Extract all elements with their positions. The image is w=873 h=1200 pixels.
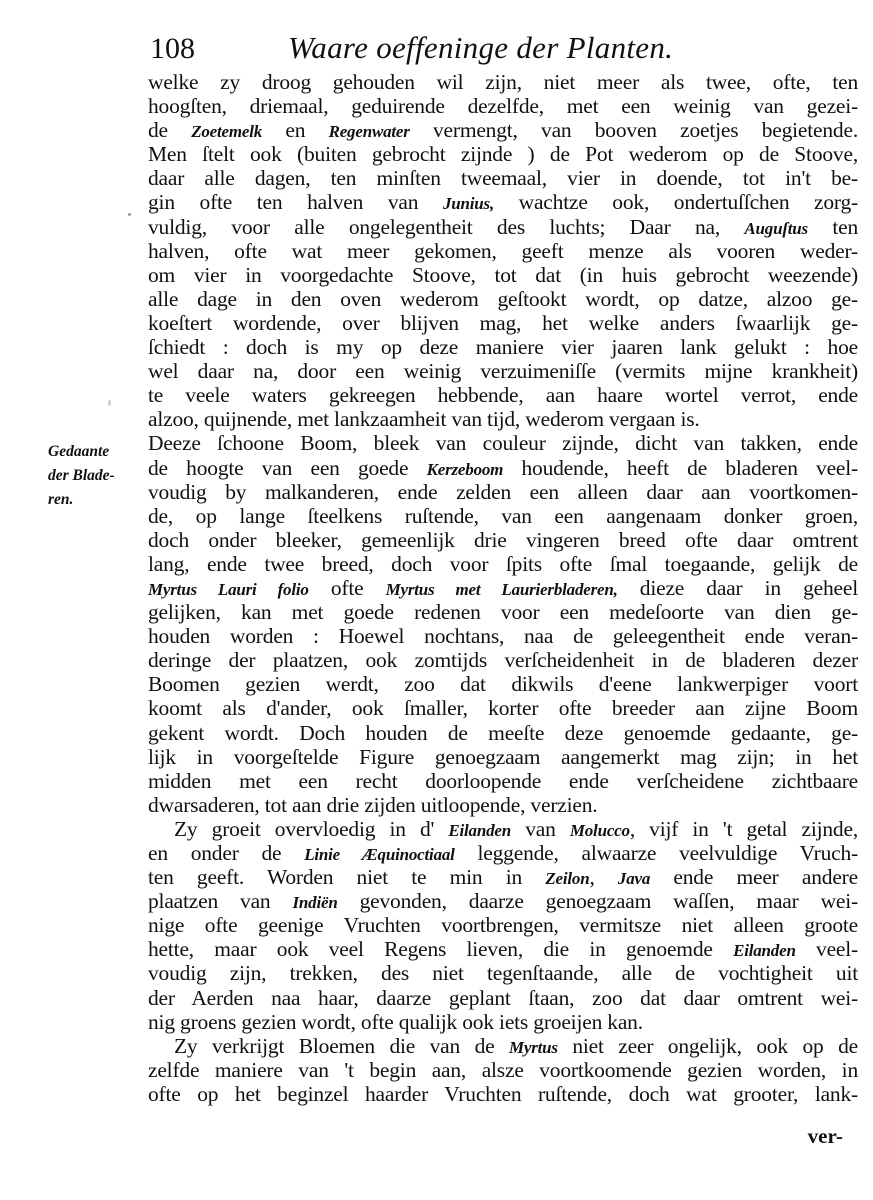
text-segment: lijk in voorgeſtelde Figure genoegzaam a… <box>148 745 858 769</box>
text-line: voudig by malkanderen, ende zelden een a… <box>148 480 858 504</box>
text-line: houden worden : Hoewel nochtans, naa de … <box>148 624 858 648</box>
page-number: 108 <box>150 32 195 66</box>
text-segment: gevonden, daarze genoegzaam waſſen, maar… <box>338 889 858 913</box>
text-segment: ofte <box>309 576 386 600</box>
text-line: hoogſten, driemaal, geduirende dezelfde,… <box>148 94 858 118</box>
text-segment: , <box>589 865 617 889</box>
text-segment: leggende, alwaarze veelvuldige Vruch- <box>455 841 858 865</box>
text-segment: wel daar na, door een weinig verzuimeniſ… <box>148 359 858 383</box>
text-segment: van <box>511 817 570 841</box>
text-segment: Zy groeit overvloedig in d' <box>174 817 448 841</box>
text-segment: voudig by malkanderen, ende zelden een a… <box>148 480 858 504</box>
text-segment: doch onder bleeker, gemeenlijk drie ving… <box>148 528 858 552</box>
italic-term: Kerzeboom <box>427 460 504 479</box>
text-segment: houdende, heeft de bladeren veel- <box>503 456 858 480</box>
text-segment: veel- <box>796 937 858 961</box>
text-segment: vermengt, van booven zoetjes begietende. <box>410 118 858 142</box>
margin-note-line: der Blade- <box>48 464 143 488</box>
text-segment: niet zeer ongelijk, ook op de <box>558 1034 858 1058</box>
text-line: koomt als d'ander, ook ſmaller, korter o… <box>148 696 858 720</box>
print-speck <box>108 400 111 406</box>
text-segment: hoogſten, driemaal, geduirende dezelfde,… <box>148 94 858 118</box>
text-segment: ten geeft. Worden niet te min in <box>148 865 545 889</box>
italic-term: Myrtus Lauri folio <box>148 580 309 599</box>
text-line: vuldig, voor alle ongelegentheit des luc… <box>148 215 858 239</box>
text-segment: voudig zijn, trekken, des niet tegenſtaa… <box>148 961 858 985</box>
text-segment: plaatzen van <box>148 889 293 913</box>
text-line: deringe der plaatzen, ook zomtijds verſc… <box>148 648 858 672</box>
text-line: te veele waters gekreegen hebbende, aan … <box>148 383 858 407</box>
text-line: lijk in voorgeſtelde Figure genoegzaam a… <box>148 745 858 769</box>
text-segment: alzoo, quijnende, met lankzaamheit van t… <box>148 407 700 431</box>
text-segment: gin ofte ten halven van <box>148 190 443 214</box>
italic-term: Molucco <box>570 821 630 840</box>
text-segment: de hoogte van een goede <box>148 456 427 480</box>
text-segment: koeſtert wordende, over blijven mag, het… <box>148 311 858 335</box>
text-line: Zy groeit overvloedig in d' Eilanden van… <box>148 817 858 841</box>
text-segment: om vier in voorgedachte Stoove, tot dat … <box>148 263 858 287</box>
text-segment: Zy verkrijgt Bloemen die van de <box>174 1034 509 1058</box>
text-line: de hoogte van een goede Kerzeboom houden… <box>148 456 858 480</box>
italic-term: Junius, <box>443 194 494 213</box>
text-line: Boomen gezien werdt, zoo dat dikwils d'e… <box>148 672 858 696</box>
text-line: alzoo, quijnende, met lankzaamheit van t… <box>148 407 858 431</box>
italic-term: Myrtus <box>509 1038 558 1057</box>
text-segment: deringe der plaatzen, ook zomtijds verſc… <box>148 648 858 672</box>
running-title: Waare oeffeninge der Planten. <box>288 30 673 66</box>
italic-term: Myrtus met Laurierbladeren, <box>386 580 618 599</box>
italic-term: Linie Æquinoctiaal <box>304 845 455 864</box>
text-line: dwarsaderen, tot aan drie zijden uitloop… <box>148 793 858 817</box>
text-line: Myrtus Lauri folio ofte Myrtus met Lauri… <box>148 576 858 600</box>
text-line: lang, ende twee breed, doch voor ſpits o… <box>148 552 858 576</box>
text-line: nig groens gezien wordt, ofte qualijk oo… <box>148 1010 858 1034</box>
text-line: hette, maar ook veel Regens lieven, die … <box>148 937 858 961</box>
text-segment: en onder de <box>148 841 304 865</box>
text-line: en onder de Linie Æquinoctiaal leggende,… <box>148 841 858 865</box>
print-speck <box>128 213 131 216</box>
text-segment: te veele waters gekreegen hebbende, aan … <box>148 383 858 407</box>
italic-term: Indiën <box>293 893 338 912</box>
text-segment: de <box>148 118 191 142</box>
text-line: Deeze ſchoone Boom, bleek van couleur zi… <box>148 431 858 455</box>
text-line: de Zoetemelk en Regenwater vermengt, van… <box>148 118 858 142</box>
italic-term: Eilanden <box>733 941 796 960</box>
italic-term: Eilanden <box>448 821 511 840</box>
text-segment: halven, ofte wat meer gekomen, geeft men… <box>148 239 858 263</box>
text-segment: zelfde maniere van 't begin aan, alsze v… <box>148 1058 858 1082</box>
text-segment: koomt als d'ander, ook ſmaller, korter o… <box>148 696 858 720</box>
italic-term: Zoetemelk <box>191 122 262 141</box>
text-segment: Men ſtelt ook (buiten gebrocht zijnde ) … <box>148 142 858 166</box>
text-line: gelijken, kan met goede redenen voor een… <box>148 600 858 624</box>
text-line: welke zy droog gehouden wil zijn, niet m… <box>148 70 858 94</box>
text-segment: wachtze ook, ondertuſſchen zorg- <box>494 190 858 214</box>
text-segment: en <box>262 118 328 142</box>
margin-note: Gedaante der Blade- ren. <box>48 440 143 512</box>
page-header: 108 Waare oeffeninge der Planten. <box>150 30 850 70</box>
text-segment: ſchiedt : doch is my op deze maniere vie… <box>148 335 858 359</box>
text-line: gin ofte ten halven van Junius, wachtze … <box>148 190 858 214</box>
italic-term: Regenwater <box>329 122 410 141</box>
text-line: de, op lange ſteelkens ruſtende, van een… <box>148 504 858 528</box>
text-segment: daar alle dagen, ten minſten tweemaal, v… <box>148 166 858 190</box>
text-line: Men ſtelt ook (buiten gebrocht zijnde ) … <box>148 142 858 166</box>
text-segment: alle dage in den oven wederom geſtookt w… <box>148 287 858 311</box>
text-line: gekent wordt. Doch houden de meeſte deze… <box>148 721 858 745</box>
text-line: Zy verkrijgt Bloemen die van de Myrtus n… <box>148 1034 858 1058</box>
text-line: doch onder bleeker, gemeenlijk drie ving… <box>148 528 858 552</box>
text-segment: ofte op het beginzel haarder Vruchten ru… <box>148 1082 858 1106</box>
text-segment: gekent wordt. Doch houden de meeſte deze… <box>148 721 858 745</box>
text-segment: nige ofte geenige Vruchten voortbrengen,… <box>148 913 858 937</box>
catchword: ver- <box>808 1124 843 1149</box>
text-line: ofte op het beginzel haarder Vruchten ru… <box>148 1082 858 1106</box>
text-line: zelfde maniere van 't begin aan, alsze v… <box>148 1058 858 1082</box>
text-line: ſchiedt : doch is my op deze maniere vie… <box>148 335 858 359</box>
text-segment: houden worden : Hoewel nochtans, naa de … <box>148 624 858 648</box>
italic-term: Zeilon <box>545 869 589 888</box>
text-segment: Deeze ſchoone Boom, bleek van couleur zi… <box>148 431 858 455</box>
text-segment: de, op lange ſteelkens ruſtende, van een… <box>148 504 858 528</box>
margin-note-line: Gedaante <box>48 440 143 464</box>
text-segment: , vijf in 't getal zijnde, <box>630 817 858 841</box>
text-segment: der Aerden naa haar, daarze geplant ſtaa… <box>148 986 858 1010</box>
text-line: voudig zijn, trekken, des niet tegenſtaa… <box>148 961 858 985</box>
body-text: welke zy droog gehouden wil zijn, niet m… <box>148 70 858 1106</box>
text-line: plaatzen van Indiën gevonden, daarze gen… <box>148 889 858 913</box>
text-segment: gelijken, kan met goede redenen voor een… <box>148 600 858 624</box>
margin-note-line: ren. <box>48 488 143 512</box>
text-segment: ten <box>808 215 858 239</box>
text-segment: dieze daar in geheel <box>618 576 858 600</box>
italic-term: Java <box>618 869 650 888</box>
text-segment: midden met een recht doorloopende ende v… <box>148 769 858 793</box>
text-line: midden met een recht doorloopende ende v… <box>148 769 858 793</box>
text-line: daar alle dagen, ten minſten tweemaal, v… <box>148 166 858 190</box>
text-segment: welke zy droog gehouden wil zijn, niet m… <box>148 70 858 94</box>
text-segment: hette, maar ook veel Regens lieven, die … <box>148 937 733 961</box>
text-line: koeſtert wordende, over blijven mag, het… <box>148 311 858 335</box>
book-page: 108 Waare oeffeninge der Planten. Gedaan… <box>0 0 873 1200</box>
text-segment: Boomen gezien werdt, zoo dat dikwils d'e… <box>148 672 858 696</box>
text-line: alle dage in den oven wederom geſtookt w… <box>148 287 858 311</box>
text-segment: dwarsaderen, tot aan drie zijden uitloop… <box>148 793 597 817</box>
italic-term: Auguſtus <box>744 219 808 238</box>
text-segment: vuldig, voor alle ongelegentheit des luc… <box>148 215 744 239</box>
text-segment: nig groens gezien wordt, ofte qualijk oo… <box>148 1010 643 1034</box>
text-line: wel daar na, door een weinig verzuimeniſ… <box>148 359 858 383</box>
text-line: der Aerden naa haar, daarze geplant ſtaa… <box>148 986 858 1010</box>
text-segment: ende meer andere <box>650 865 858 889</box>
text-line: ten geeft. Worden niet te min in Zeilon,… <box>148 865 858 889</box>
text-line: om vier in voorgedachte Stoove, tot dat … <box>148 263 858 287</box>
text-line: nige ofte geenige Vruchten voortbrengen,… <box>148 913 858 937</box>
text-segment: lang, ende twee breed, doch voor ſpits o… <box>148 552 858 576</box>
text-line: halven, ofte wat meer gekomen, geeft men… <box>148 239 858 263</box>
